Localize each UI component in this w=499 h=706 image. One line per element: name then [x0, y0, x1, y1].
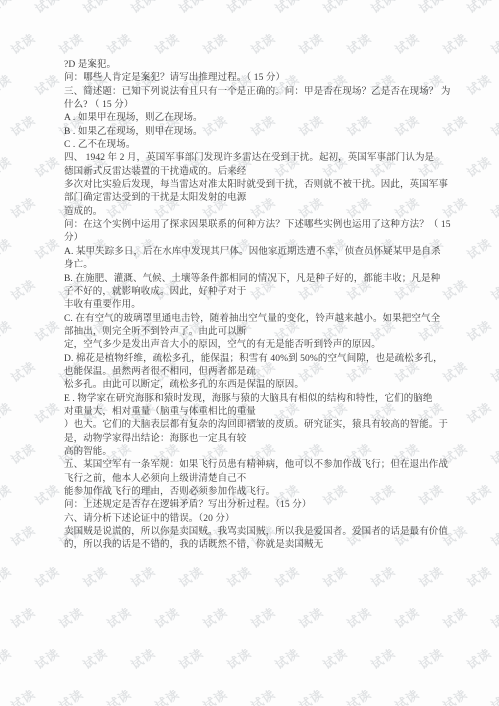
trial-watermark: 试读 — [175, 562, 206, 591]
trial-watermark: 试读 — [295, 29, 326, 58]
trial-watermark: 试读 — [31, 644, 62, 673]
trial-watermark: 试读 — [487, 29, 499, 58]
text-line: A . 如果甲在现场，则乙在现场。 — [64, 112, 446, 125]
trial-watermark: 试读 — [199, 685, 230, 706]
trial-watermark: 试读 — [127, 644, 158, 673]
trial-watermark: 试读 — [0, 644, 15, 673]
scanned-document-page: { "page": { "background": "#fdfdfd", "te… — [0, 0, 499, 706]
trial-watermark: 试读 — [55, 685, 86, 706]
trial-watermark: 试读 — [343, 603, 374, 632]
trial-watermark: 试读 — [0, 562, 15, 591]
text-line: 问：在这个实例中运用了探求因果联系的何种方法？下述哪些实例也运用了这种方法？（ … — [64, 219, 446, 232]
text-line: B . 如果乙在现场，则甲在现场。 — [64, 126, 446, 139]
trial-watermark: 试读 — [463, 480, 494, 509]
trial-watermark: 试读 — [151, 685, 182, 706]
text-line: 定，空气多少是发出声音大小的原因，空气的有无是能否听到铃声的原因。 — [64, 339, 446, 352]
trial-watermark: 试读 — [7, 111, 38, 140]
text-line: 四、 1942 年 2 月，英国军事部门发现许多雷达在受到干扰。起初，英国军事部… — [64, 152, 446, 165]
trial-watermark: 试读 — [391, 29, 422, 58]
trial-watermark: 试读 — [55, 603, 86, 632]
trial-watermark: 试读 — [7, 603, 38, 632]
trial-watermark: 试读 — [271, 562, 302, 591]
trial-watermark: 试读 — [439, 685, 470, 706]
text-line: 也能保温。虽然两者很不相同，但两者都是疏 — [64, 366, 446, 379]
trial-watermark: 试读 — [0, 480, 15, 509]
trial-watermark: 试读 — [247, 603, 278, 632]
text-line: E . 物学家在研究海豚和猿时发现，海豚与猿的大脑具有相似的结构和特性，它们的脑… — [64, 393, 446, 406]
text-line: 丰收有重要作用。 — [64, 299, 446, 312]
trial-watermark: 试读 — [463, 316, 494, 345]
text-line: 德国新式反雷达装置的干扰造成的。后来经 — [64, 166, 446, 179]
text-line: 造成的。 — [64, 206, 446, 219]
trial-watermark: 试读 — [463, 644, 494, 673]
trial-watermark: 试读 — [463, 398, 494, 427]
text-line: ）也大。它们的大脑表层都有复杂的沟回即褶皱的皮质。研究证实，猿具有较高的智能。于 — [64, 419, 446, 432]
trial-watermark: 试读 — [487, 439, 499, 468]
trial-watermark: 试读 — [223, 562, 254, 591]
trial-watermark: 试读 — [415, 562, 446, 591]
trial-watermark: 试读 — [7, 685, 38, 706]
text-line: 五、某国空军有一条军规：如果飞行员患有精神病，他可以不参加作战飞行；但在退出作战 — [64, 459, 446, 472]
trial-watermark: 试读 — [79, 0, 110, 17]
text-line: 身亡。 — [64, 259, 446, 272]
text-line: 三、简述题：已知下列说法有且只有一个是正确的。问：甲是否在现场？乙是否在现场？ … — [64, 86, 446, 99]
trial-watermark: 试读 — [7, 275, 38, 304]
trial-watermark: 试读 — [7, 521, 38, 550]
trial-watermark: 试读 — [31, 234, 62, 263]
trial-watermark: 试读 — [319, 0, 350, 17]
trial-watermark: 试读 — [439, 29, 470, 58]
trial-watermark: 试读 — [247, 29, 278, 58]
trial-watermark: 试读 — [367, 0, 398, 17]
trial-watermark: 试读 — [0, 0, 15, 17]
trial-watermark: 试读 — [463, 562, 494, 591]
trial-watermark: 试读 — [367, 644, 398, 673]
trial-watermark: 试读 — [343, 685, 374, 706]
trial-watermark: 试读 — [127, 0, 158, 17]
text-line: 能参加作战飞行的理由，否则必须参加作战飞行。 — [64, 486, 446, 499]
text-line: 多次对比实验后发现，每当雷达对准太阳时就受到干扰，否则就不被干扰。因此，英国军事 — [64, 179, 446, 192]
trial-watermark: 试读 — [31, 480, 62, 509]
trial-watermark: 试读 — [487, 275, 499, 304]
text-line: C. 在有空气的玻璃罩里通电击铃，随着抽出空气量的变化，铃声越来越小。如果把空气… — [64, 313, 446, 326]
trial-watermark: 试读 — [127, 562, 158, 591]
text-line: 对重量大，相对重量（脑重与体重相比的重量 — [64, 406, 446, 419]
document-text: ?D 是案犯。问：哪些人肯定是案犯？请写出推理过程。（ 15 分）三、简述题：已… — [64, 59, 446, 553]
text-line: 飞行之前，他本人必须向上级讲清楚自己不 — [64, 473, 446, 486]
text-line: C . 乙不在现场。 — [64, 139, 446, 152]
trial-watermark: 试读 — [31, 70, 62, 99]
trial-watermark: 试读 — [79, 644, 110, 673]
trial-watermark: 试读 — [0, 316, 15, 345]
trial-watermark: 试读 — [103, 685, 134, 706]
trial-watermark: 试读 — [7, 439, 38, 468]
trial-watermark: 试读 — [223, 0, 254, 17]
trial-watermark: 试读 — [7, 29, 38, 58]
trial-watermark: 试读 — [463, 70, 494, 99]
trial-watermark: 试读 — [487, 603, 499, 632]
trial-watermark: 试读 — [31, 562, 62, 591]
trial-watermark: 试读 — [31, 152, 62, 181]
trial-watermark: 试读 — [0, 70, 15, 99]
trial-watermark: 试读 — [343, 29, 374, 58]
trial-watermark: 试读 — [367, 562, 398, 591]
trial-watermark: 试读 — [295, 603, 326, 632]
text-line: D. 棉花是植物纤维，疏松多孔，能保温；积雪有 40%到 50%的空气间隙，也是… — [64, 353, 446, 366]
trial-watermark: 试读 — [295, 685, 326, 706]
trial-watermark: 试读 — [175, 644, 206, 673]
trial-watermark: 试读 — [247, 685, 278, 706]
trial-watermark: 试读 — [31, 316, 62, 345]
trial-watermark: 试读 — [487, 357, 499, 386]
text-line: 是，动物学家得出结论：海豚也一定具有较 — [64, 433, 446, 446]
trial-watermark: 试读 — [0, 152, 15, 181]
trial-watermark: 试读 — [271, 644, 302, 673]
trial-watermark: 试读 — [487, 193, 499, 222]
trial-watermark: 试读 — [271, 0, 302, 17]
trial-watermark: 试读 — [391, 685, 422, 706]
trial-watermark: 试读 — [7, 357, 38, 386]
text-line: 子不好的，就影响收成。因此，好种子对于 — [64, 286, 446, 299]
trial-watermark: 试读 — [151, 29, 182, 58]
trial-watermark: 试读 — [31, 398, 62, 427]
trial-watermark: 试读 — [487, 111, 499, 140]
trial-watermark: 试读 — [223, 644, 254, 673]
trial-watermark: 试读 — [391, 603, 422, 632]
trial-watermark: 试读 — [487, 521, 499, 550]
trial-watermark: 试读 — [463, 234, 494, 263]
text-line: 部抽出，则完全听不到铃声了。由此可以断 — [64, 326, 446, 339]
trial-watermark: 试读 — [0, 398, 15, 427]
trial-watermark: 试读 — [199, 603, 230, 632]
text-line: 六、请分析下述论证中的错误。（20 分） — [64, 513, 446, 526]
text-line: ?D 是案犯。 — [64, 59, 446, 72]
text-line: 问：哪些人肯定是案犯？请写出推理过程。（ 15 分） — [64, 72, 446, 85]
trial-watermark: 试读 — [415, 0, 446, 17]
trial-watermark: 试读 — [319, 562, 350, 591]
trial-watermark: 试读 — [175, 0, 206, 17]
text-line: 卖国贼是说谎的，所以你是卖国贼。我骂卖国贼，所以我是爱国者。爱国者的话是最有价值 — [64, 526, 446, 539]
trial-watermark: 试读 — [79, 562, 110, 591]
trial-watermark: 试读 — [463, 152, 494, 181]
text-line: 的，所以我的话是不错的，我的话既然不错，你就是卖国贼无 — [64, 539, 446, 552]
trial-watermark: 试读 — [319, 644, 350, 673]
text-line: 分） — [64, 232, 446, 245]
trial-watermark: 试读 — [103, 29, 134, 58]
text-line: A. 某甲失踪多日，后在水库中发现其尸体。因他家近期迭遭不幸，侦查员怀疑某甲是自… — [64, 246, 446, 259]
trial-watermark: 试读 — [199, 29, 230, 58]
trial-watermark: 试读 — [487, 685, 499, 706]
trial-watermark: 试读 — [439, 603, 470, 632]
text-line: 松多孔。由此可以断定，疏松多孔的东西是保温的原因。 — [64, 379, 446, 392]
text-line: 高的智能。 — [64, 446, 446, 459]
text-line: 部门确定雷达受到的干扰是太阳发射的电源 — [64, 192, 446, 205]
trial-watermark: 试读 — [103, 603, 134, 632]
trial-watermark: 试读 — [0, 234, 15, 263]
text-line: B. 在施肥、灌溉、气候、土壤等条件都相同的情况下，凡是种子好的，都能丰收；凡是… — [64, 273, 446, 286]
trial-watermark: 试读 — [463, 0, 494, 17]
trial-watermark: 试读 — [55, 29, 86, 58]
trial-watermark: 试读 — [31, 0, 62, 17]
trial-watermark: 试读 — [7, 193, 38, 222]
text-line: 什么? （ 15 分） — [64, 99, 446, 112]
trial-watermark: 试读 — [151, 603, 182, 632]
trial-watermark: 试读 — [415, 644, 446, 673]
text-line: 问：上述规定是否存在逻辑矛盾？写出分析过程。（15 分） — [64, 499, 446, 512]
